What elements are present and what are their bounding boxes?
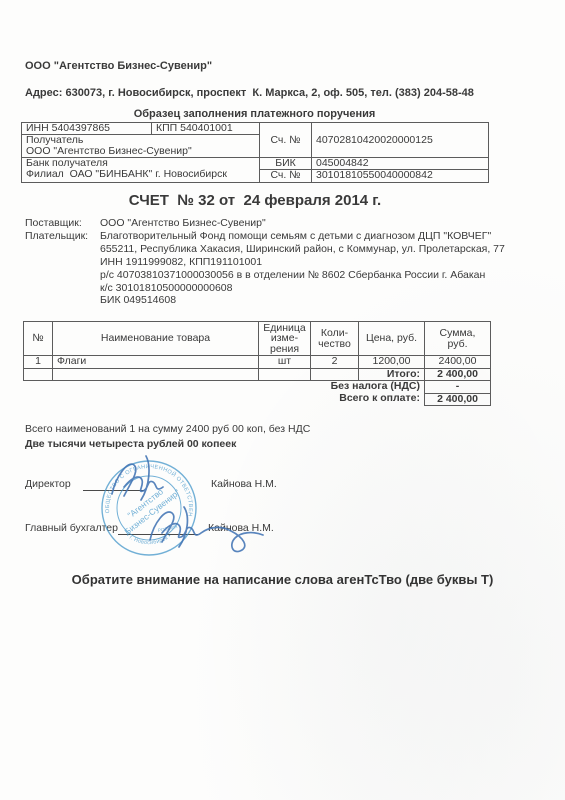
total-value: 2 400,00 xyxy=(425,368,491,381)
amount-in-words: Две тысячи четыреста рублей 00 копеек xyxy=(25,438,236,450)
payer-row: БИК 049514608 xyxy=(25,294,545,307)
bik-value-cell: 045004842 xyxy=(312,158,489,170)
account-label-cell: Сч. № xyxy=(260,123,312,158)
accountant-signature-line xyxy=(118,534,198,535)
payer-row: к/с 30101810500000000608 xyxy=(25,282,545,295)
payer-line: р/с 40703810371000030056 в в отделении №… xyxy=(100,269,485,282)
payable-label: Всего к оплате: xyxy=(24,393,425,406)
stamp-center-line1: "Агентство xyxy=(126,486,166,520)
stamp-ring-text: ОБЩЕСТВО С ОГРАНИЧЕННОЙ ОТВЕТСТВЕННОСТЬЮ xyxy=(80,450,193,517)
stamp-and-signatures-overlay: ОБЩЕСТВО С ОГРАНИЧЕННОЙ ОТВЕТСТВЕННОСТЬЮ… xyxy=(80,450,310,580)
total-label: Итого: xyxy=(359,368,425,381)
items-table: № Наименование товара Единица изме- рени… xyxy=(23,321,491,406)
bank-row-inn-kpp: ИНН 5404397865 КПП 540401001 Сч. № 40702… xyxy=(22,123,489,135)
payment-sample-title: Образец заполнения платежного поручения xyxy=(21,108,488,120)
payable-value: 2 400,00 xyxy=(425,393,491,406)
no-vat-value: - xyxy=(425,381,491,394)
col-header-price: Цена, руб. xyxy=(359,322,425,356)
empty-cell xyxy=(24,368,53,381)
recipient-bank-cell: Банк получателя Филиал ОАО "БИНБАНК" г. … xyxy=(22,158,260,183)
payable-row: Всего к оплате: 2 400,00 xyxy=(24,393,491,406)
bank-details-table: ИНН 5404397865 КПП 540401001 Сч. № 40702… xyxy=(21,122,489,183)
stamp-country-text: РОССИЯ xyxy=(157,524,177,533)
recipient-bank-name: Филиал ОАО "БИНБАНК" г. Новосибирск xyxy=(26,169,255,180)
col-header-sum: Сумма, руб. xyxy=(425,322,491,356)
chief-accountant-label: Главный бухгалтер xyxy=(25,522,118,534)
payer-row: р/с 40703810371000030056 в в отделении №… xyxy=(25,269,545,282)
item-price: 1200,00 xyxy=(359,356,425,369)
inn-cell: ИНН 5404397865 xyxy=(22,123,152,135)
payer-line: БИК 049514608 xyxy=(100,294,176,307)
director-signature xyxy=(112,456,163,500)
chief-accountant-name: Кайнова Н.М. xyxy=(208,522,274,534)
item-name: Флаги xyxy=(53,356,259,369)
company-name: ООО "Агентство Бизнес-Сувенир" xyxy=(25,60,212,72)
supplier-row: Поставщик: ООО "Агентство Бизнес-Сувенир… xyxy=(25,217,545,230)
bik-label-cell: БИК xyxy=(260,158,312,170)
col-header-unit: Единица изме- рения xyxy=(259,322,311,356)
recipient-name: ООО "Агентство Бизнес-Сувенир" xyxy=(26,146,255,157)
payer-line: ИНН 1911999082, КПП191101001 xyxy=(100,256,262,269)
payer-line: к/с 30101810500000000608 xyxy=(100,282,232,295)
round-stamp: ОБЩЕСТВО С ОГРАНИЧЕННОЙ ОТВЕТСТВЕННОСТЬЮ… xyxy=(80,450,196,555)
payer-line: Благотворительный Фонд помощи семьям с д… xyxy=(100,230,491,243)
svg-text:ОБЩЕСТВО С ОГРАНИЧЕННОЙ ОТВЕТС: ОБЩЕСТВО С ОГРАНИЧЕННОЙ ОТВЕТСТВЕННОСТЬЮ xyxy=(80,450,193,517)
payer-row: 655211, Республика Хакасия, Ширинский ра… xyxy=(25,243,545,256)
total-row: Итого: 2 400,00 xyxy=(24,368,491,381)
payer-label: Плательщик: xyxy=(25,230,100,243)
recipient-cell: Получатель ООО "Агентство Бизнес-Сувенир… xyxy=(22,135,260,158)
item-unit: шт xyxy=(259,356,311,369)
director-signature-line xyxy=(83,490,144,491)
items-count-line: Всего наименований 1 на сумму 2400 руб 0… xyxy=(25,423,310,435)
payer-row: ИНН 1911999082, КПП191101001 xyxy=(25,256,545,269)
supplier-label: Поставщик: xyxy=(25,217,100,230)
account-number-cell: 40702810420020000125 xyxy=(312,123,489,158)
no-vat-row: Без налога (НДС) - xyxy=(24,381,491,394)
company-address: Адрес: 630073, г. Новосибирск, проспект … xyxy=(25,87,474,99)
corr-account-value-cell: 30101810550040000842 xyxy=(312,170,489,183)
col-header-num: № xyxy=(24,322,53,356)
empty-cell xyxy=(53,368,259,381)
corr-account-label-cell: Сч. № xyxy=(260,170,312,183)
parties-block: Поставщик: ООО "Агентство Бизнес-Сувенир… xyxy=(25,217,545,307)
payer-row: Плательщик: Благотворительный Фонд помощ… xyxy=(25,230,545,243)
no-vat-label: Без налога (НДС) xyxy=(24,381,425,394)
director-label: Директор xyxy=(25,478,71,490)
director-name: Кайнова Н.М. xyxy=(211,478,277,490)
empty-cell xyxy=(311,368,359,381)
col-header-name: Наименование товара xyxy=(53,322,259,356)
item-row: 1 Флаги шт 2 1200,00 2400,00 xyxy=(24,356,491,369)
spelling-note: Обратите внимание на написание слова аге… xyxy=(0,572,565,587)
supplier-name: ООО "Агентство Бизнес-Сувенир" xyxy=(100,217,266,230)
col-header-qty: Коли- чество xyxy=(311,322,359,356)
items-header-row: № Наименование товара Единица изме- рени… xyxy=(24,322,491,356)
empty-cell xyxy=(259,368,311,381)
kpp-cell: КПП 540401001 xyxy=(152,123,260,135)
stamp-center-line2: Бизнес-Сувенир" xyxy=(122,487,181,536)
invoice-title: СЧЕТ № 32 от 24 февраля 2014 г. xyxy=(0,192,510,209)
item-qty: 2 xyxy=(311,356,359,369)
payer-line: 655211, Республика Хакасия, Ширинский ра… xyxy=(100,243,505,256)
bank-row-bik: Банк получателя Филиал ОАО "БИНБАНК" г. … xyxy=(22,158,489,170)
scanned-invoice-document: ООО "Агентство Бизнес-Сувенир" Адрес: 63… xyxy=(0,0,565,800)
item-sum: 2400,00 xyxy=(425,356,491,369)
item-num: 1 xyxy=(24,356,53,369)
